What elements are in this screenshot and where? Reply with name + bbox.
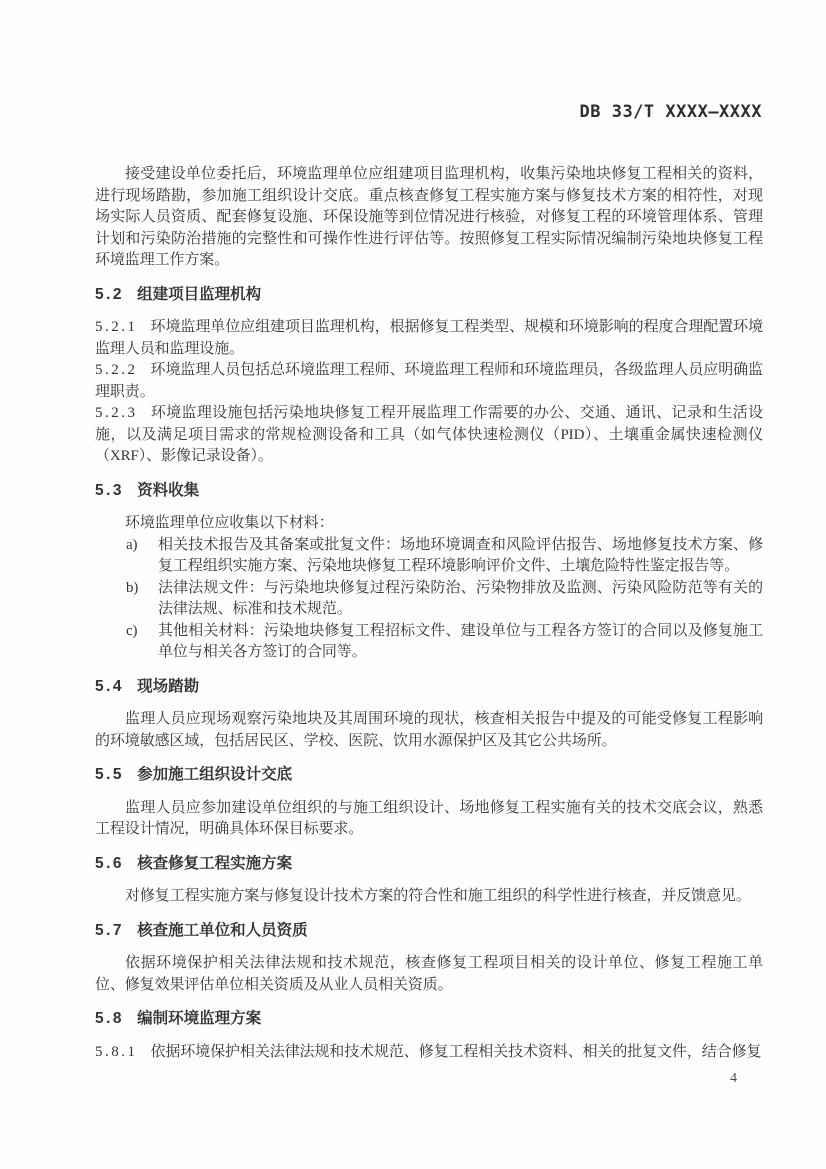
section-title: 核查施工单位和人员资质 <box>137 922 308 939</box>
section-title: 参加施工组织设计交底 <box>137 766 292 783</box>
list-intro: 环境监理单位应收集以下材料： <box>95 513 763 535</box>
list-item-c: c)其他相关材料：污染地块修复工程招标文件、建设单位与工程各方签订的合同以及修复… <box>95 621 763 664</box>
list-item-b: b)法律法规文件：与污染地块修复过程污染防治、污染物排放及监测、污染风险防范等有… <box>95 578 763 621</box>
clause-5-2-3: 5.2.3环境监理设施包括污染地块修复工程开展监理工作需要的办公、交通、通讯、记… <box>95 403 763 468</box>
list-marker: b) <box>126 578 138 600</box>
clause-number: 5.8.1 <box>95 1044 151 1060</box>
intro-paragraph: 接受建设单位委托后，环境监理单位应组建项目监理机构，收集污染地块修复工程相关的资… <box>95 164 763 272</box>
section-title: 现场踏勘 <box>137 678 199 695</box>
list-item-text: 其他相关材料：污染地块修复工程招标文件、建设单位与工程各方签订的合同以及修复施工… <box>158 623 763 661</box>
clause-5-8-1: 5.8.1依据环境保护相关法律法规和技术规范、修复工程相关技术资料、相关的批复文… <box>95 1042 763 1064</box>
section-title: 资料收集 <box>137 482 199 499</box>
section-5-7-body: 依据环境保护相关法律法规和技术规范，核查修复工程项目相关的设计单位、修复工程施工… <box>95 953 763 996</box>
list-marker: a) <box>126 535 137 557</box>
section-number: 5.5 <box>95 766 137 783</box>
clause-text: 环境监理人员包括总环境监理工程师、环境监理工程师和环境监理员，各级监理人员应明确… <box>95 362 763 400</box>
list-item-text: 相关技术报告及其备案或批复文件：场地环境调查和风险评估报告、场地修复技术方案、修… <box>158 537 763 575</box>
clause-number: 5.2.1 <box>95 319 151 335</box>
section-number: 5.3 <box>95 482 137 499</box>
clause-text: 环境监理单位应组建项目监理机构，根据修复工程类型、规模和环境影响的程度合理配置环… <box>95 319 763 357</box>
section-heading-5-2: 5.2组建项目监理机构 <box>95 284 763 306</box>
section-title: 核查修复工程实施方案 <box>137 855 292 872</box>
clause-number: 5.2.2 <box>95 362 151 378</box>
doc-code-header: DB 33/T XXXX—XXXX <box>580 102 763 122</box>
section-title: 编制环境监理方案 <box>137 1010 261 1027</box>
clause-text: 依据环境保护相关法律法规和技术规范、修复工程相关技术资料、相关的批复文件，结合修… <box>151 1044 762 1060</box>
list-marker: c) <box>126 621 137 643</box>
section-5-4-body: 监理人员应现场观察污染地块及其周围环境的现状，核查相关报告中提及的可能受修复工程… <box>95 709 763 752</box>
section-heading-5-4: 5.4现场踏勘 <box>95 676 763 698</box>
page-number: 4 <box>730 1071 737 1087</box>
section-heading-5-8: 5.8编制环境监理方案 <box>95 1008 763 1030</box>
section-title: 组建项目监理机构 <box>137 286 261 303</box>
document-page: DB 33/T XXXX—XXXX 接受建设单位委托后，环境监理单位应组建项目监… <box>0 0 826 1169</box>
list-item-text: 法律法规文件：与污染地块修复过程污染防治、污染物排放及监测、污染风险防范等有关的… <box>158 580 763 618</box>
clause-5-2-1: 5.2.1环境监理单位应组建项目监理机构，根据修复工程类型、规模和环境影响的程度… <box>95 317 763 360</box>
section-heading-5-3: 5.3资料收集 <box>95 480 763 502</box>
section-heading-5-7: 5.7核查施工单位和人员资质 <box>95 920 763 942</box>
section-number: 5.8 <box>95 1010 137 1027</box>
section-heading-5-5: 5.5参加施工组织设计交底 <box>95 764 763 786</box>
section-number: 5.2 <box>95 286 137 303</box>
section-number: 5.4 <box>95 678 137 695</box>
page-body: 接受建设单位委托后，环境监理单位应组建项目监理机构，收集污染地块修复工程相关的资… <box>95 164 763 1063</box>
clause-number: 5.2.3 <box>95 405 151 421</box>
list-item-a: a)相关技术报告及其备案或批复文件：场地环境调查和风险评估报告、场地修复技术方案… <box>95 535 763 578</box>
clause-5-2-2: 5.2.2环境监理人员包括总环境监理工程师、环境监理工程师和环境监理员，各级监理… <box>95 360 763 403</box>
section-5-5-body: 监理人员应参加建设单位组织的与施工组织设计、场地修复工程实施有关的技术交底会议，… <box>95 798 763 841</box>
clause-text: 环境监理设施包括污染地块修复工程开展监理工作需要的办公、交通、通讯、记录和生活设… <box>95 405 763 464</box>
section-number: 5.6 <box>95 855 137 872</box>
section-number: 5.7 <box>95 922 137 939</box>
section-5-6-body: 对修复工程实施方案与修复设计技术方案的符合性和施工组织的科学性进行核查，并反馈意… <box>95 886 763 908</box>
section-heading-5-6: 5.6核查修复工程实施方案 <box>95 853 763 875</box>
